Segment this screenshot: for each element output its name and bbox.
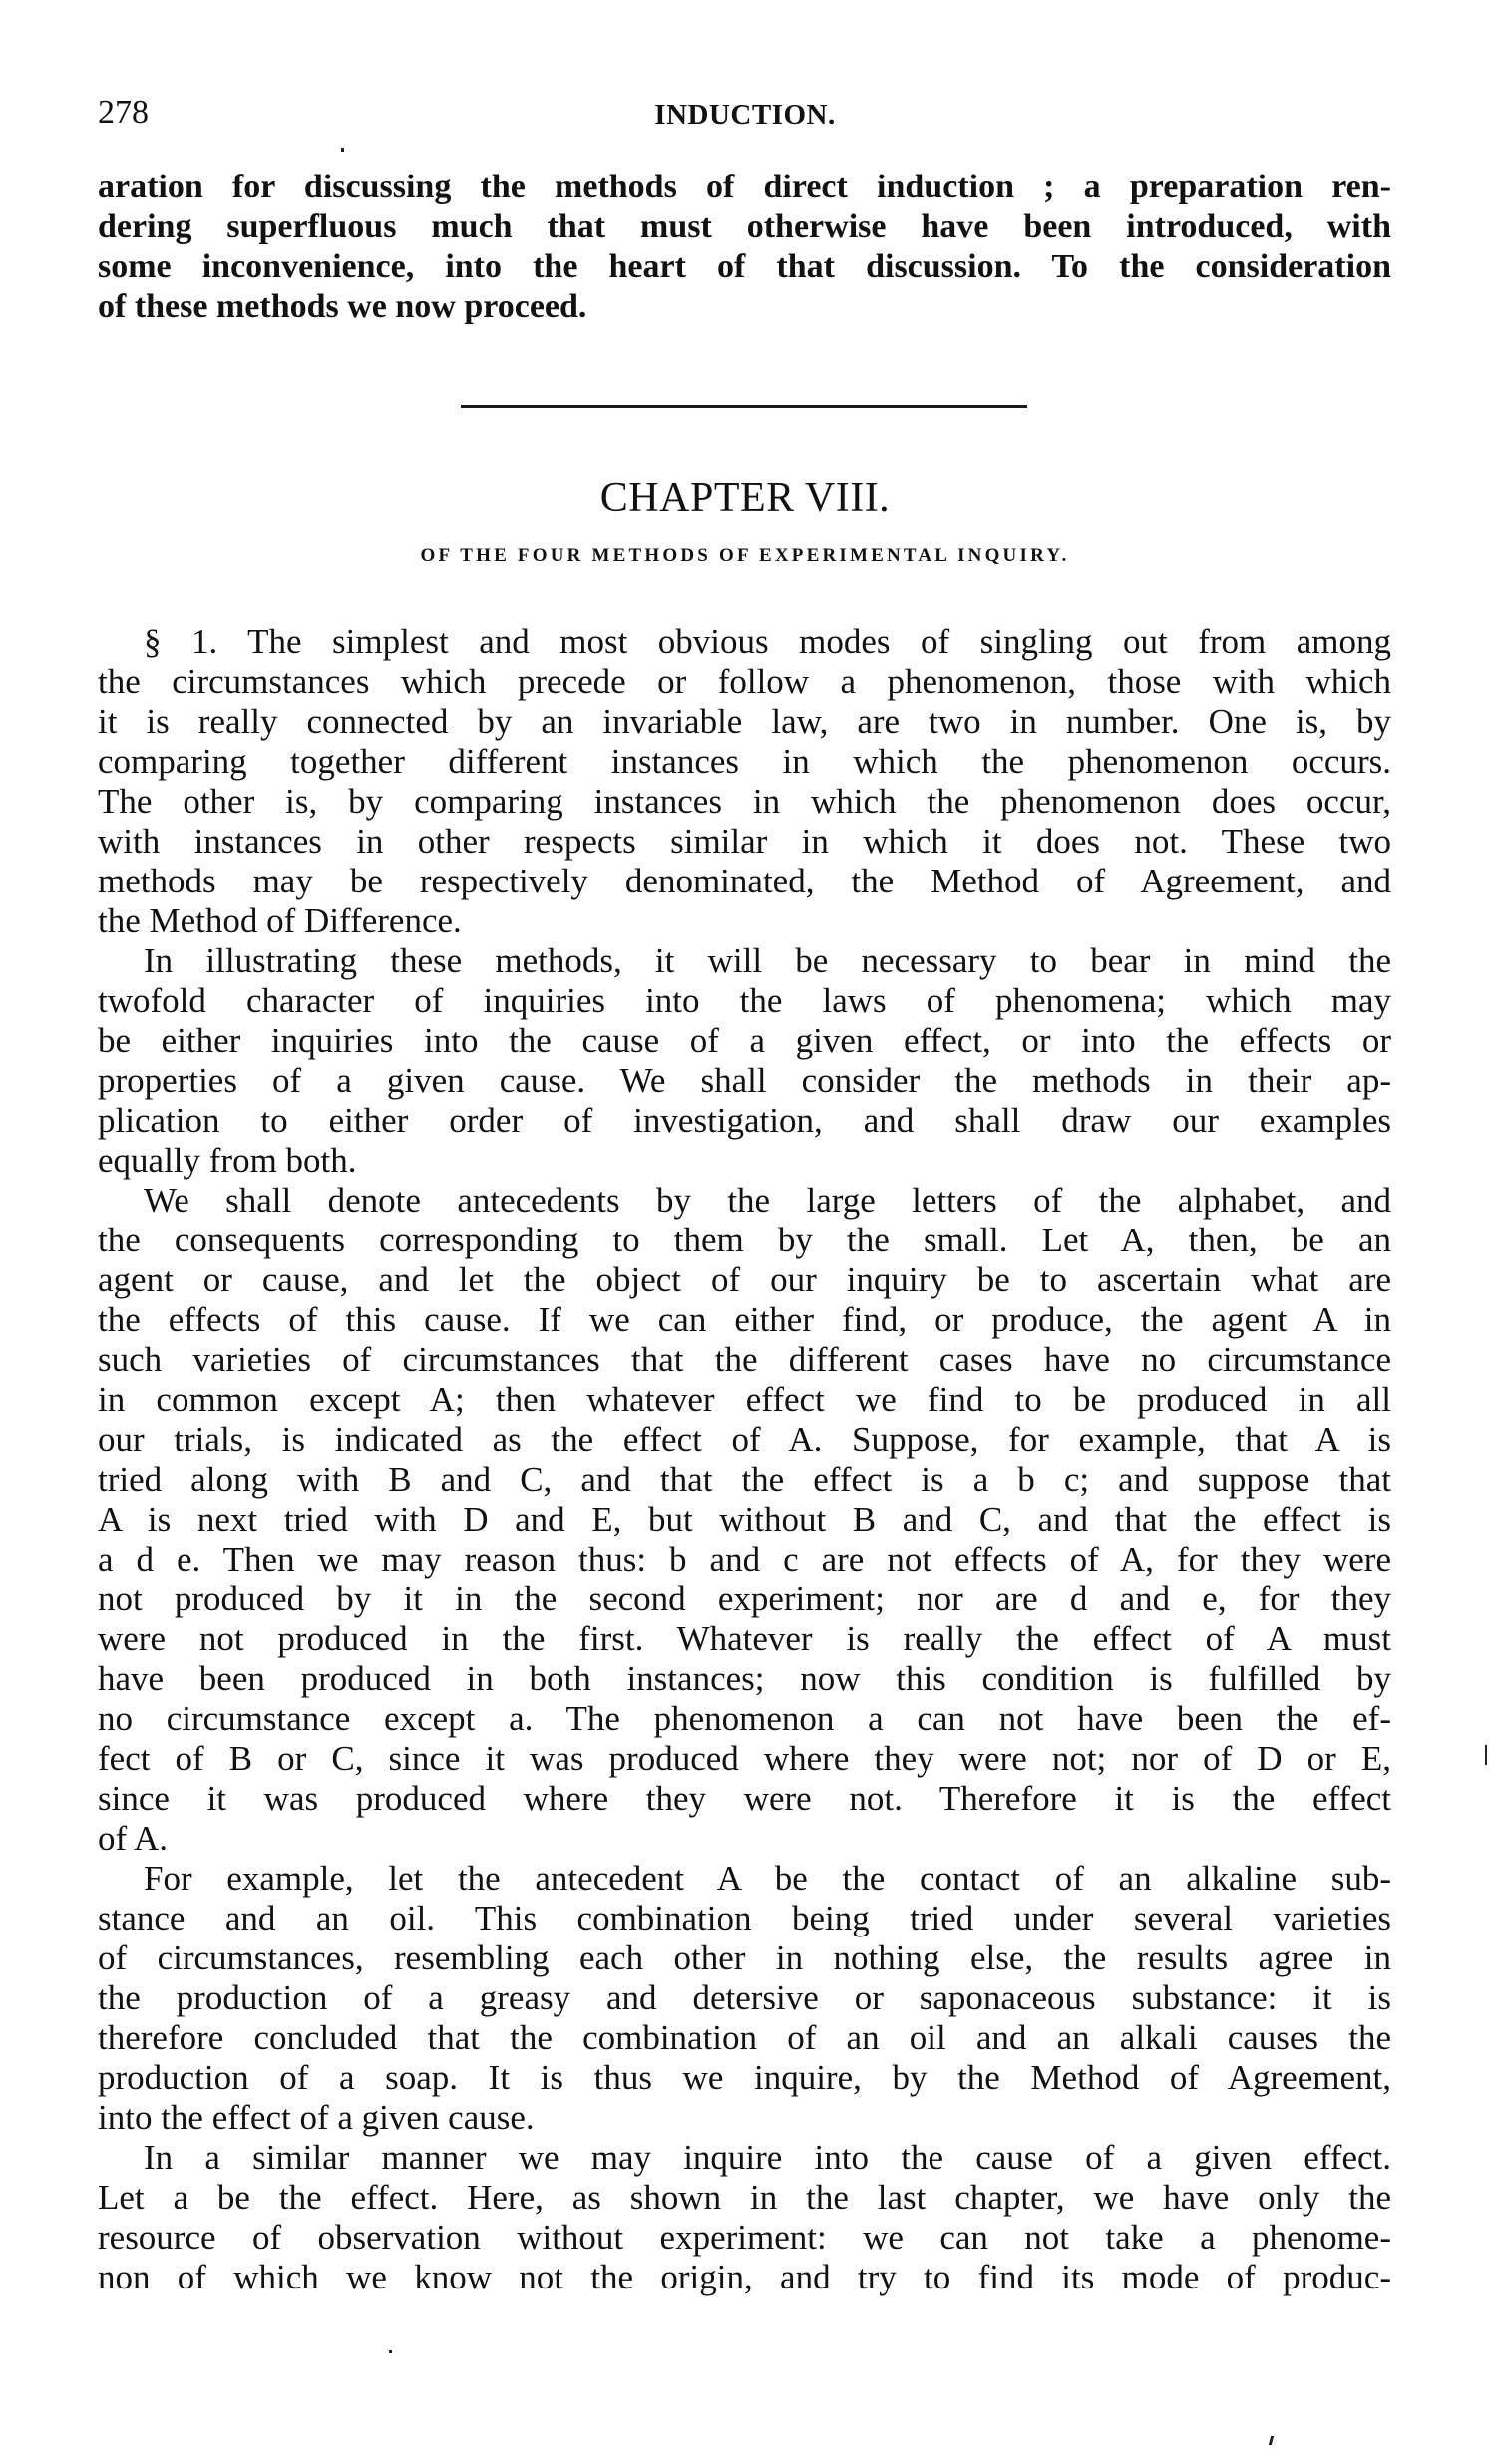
paragraph: We shall denote antecedents by the large… [98, 1181, 1391, 1859]
text-line: We shall denote antecedents by the large… [98, 1181, 1391, 1221]
text-line: properties of a given cause. We shall co… [98, 1061, 1391, 1101]
scan-speck [1269, 2436, 1274, 2445]
text-line: stance and an oil. This combination bein… [98, 1899, 1391, 1938]
text-line: of these methods we now proceed. [98, 287, 1391, 327]
scan-speck [389, 2350, 392, 2353]
chapter-body: § 1. The simplest and most obvious modes… [98, 622, 1391, 2297]
chapter-subtitle: OF THE FOUR METHODS OF EXPERIMENTAL INQU… [0, 545, 1490, 567]
text-line: plication to either order of investigati… [98, 1101, 1391, 1141]
text-line: non of which we know not the origin, and… [98, 2258, 1391, 2297]
text-line: in common except A; then whatever effect… [98, 1380, 1391, 1420]
paragraph: For example, let the antecedent A be the… [98, 1859, 1391, 2138]
text-line: Let a be the effect. Here, as shown in t… [98, 2178, 1391, 2218]
text-line: A is next tried with D and E, but withou… [98, 1500, 1391, 1540]
paragraph: In a similar manner we may inquire into … [98, 2138, 1391, 2297]
text-line: were not produced in the first. Whatever… [98, 1619, 1391, 1659]
text-line: § 1. The simplest and most obvious modes… [98, 622, 1391, 662]
text-line: a d e. Then we may reason thus: b and c … [98, 1540, 1391, 1580]
text-line: such varieties of circumstances that the… [98, 1340, 1391, 1380]
opening-paragraph: aration for discussing the methods of di… [98, 168, 1391, 327]
paragraph: § 1. The simplest and most obvious modes… [98, 622, 1391, 941]
text-line: the consequents corresponding to them by… [98, 1221, 1391, 1260]
text-line: since it was produced where they were no… [98, 1779, 1391, 1819]
text-line: the effects of this cause. If we can eit… [98, 1300, 1391, 1340]
text-line: tried along with B and C, and that the e… [98, 1460, 1391, 1500]
text-line: methods may be respectively denominated,… [98, 862, 1391, 901]
section-divider [461, 405, 1027, 408]
text-line: be either inquiries into the cause of a … [98, 1021, 1391, 1061]
text-line: In a similar manner we may inquire into … [98, 2138, 1391, 2178]
text-line: with instances in other respects similar… [98, 822, 1391, 862]
text-line: of A. [98, 1819, 1391, 1859]
text-line: production of a soap. It is thus we inqu… [98, 2058, 1391, 2098]
text-line: no circumstance except a. The phenomenon… [98, 1699, 1391, 1739]
text-line: the production of a greasy and detersive… [98, 1978, 1391, 2018]
text-line: the circumstances which precede or follo… [98, 662, 1391, 702]
text-line: the Method of Difference. [98, 901, 1391, 941]
text-line: twofold character of inquiries into the … [98, 981, 1391, 1021]
scan-speck [341, 148, 344, 152]
text-line: of circumstances, resembling each other … [98, 1938, 1391, 1978]
text-line: resource of observation without experime… [98, 2218, 1391, 2258]
chapter-title: CHAPTER VIII. [0, 476, 1490, 520]
text-line: some inconvenience, into the heart of th… [98, 247, 1391, 287]
text-line: In illustrating these methods, it will b… [98, 941, 1391, 981]
text-line: aration for discussing the methods of di… [98, 168, 1391, 207]
text-line: equally from both. [98, 1141, 1391, 1181]
text-line: our trials, is indicated as the effect o… [98, 1420, 1391, 1460]
scan-speck [1485, 1745, 1487, 1765]
paragraph: In illustrating these methods, it will b… [98, 941, 1391, 1181]
text-line: into the effect of a given cause. [98, 2098, 1391, 2138]
text-line: not produced by it in the second experim… [98, 1580, 1391, 1619]
text-line: have been produced in both instances; no… [98, 1659, 1391, 1699]
text-line: it is really connected by an invariable … [98, 702, 1391, 742]
text-line: The other is, by comparing instances in … [98, 782, 1391, 822]
text-line: comparing together different instances i… [98, 742, 1391, 782]
text-line: For example, let the antecedent A be the… [98, 1859, 1391, 1899]
text-line: agent or cause, and let the object of ou… [98, 1260, 1391, 1300]
running-head: INDUCTION. [0, 100, 1490, 130]
text-line: therefore concluded that the combination… [98, 2018, 1391, 2058]
text-line: dering superfluous much that must otherw… [98, 207, 1391, 247]
text-line: fect of B or C, since it was produced wh… [98, 1739, 1391, 1779]
